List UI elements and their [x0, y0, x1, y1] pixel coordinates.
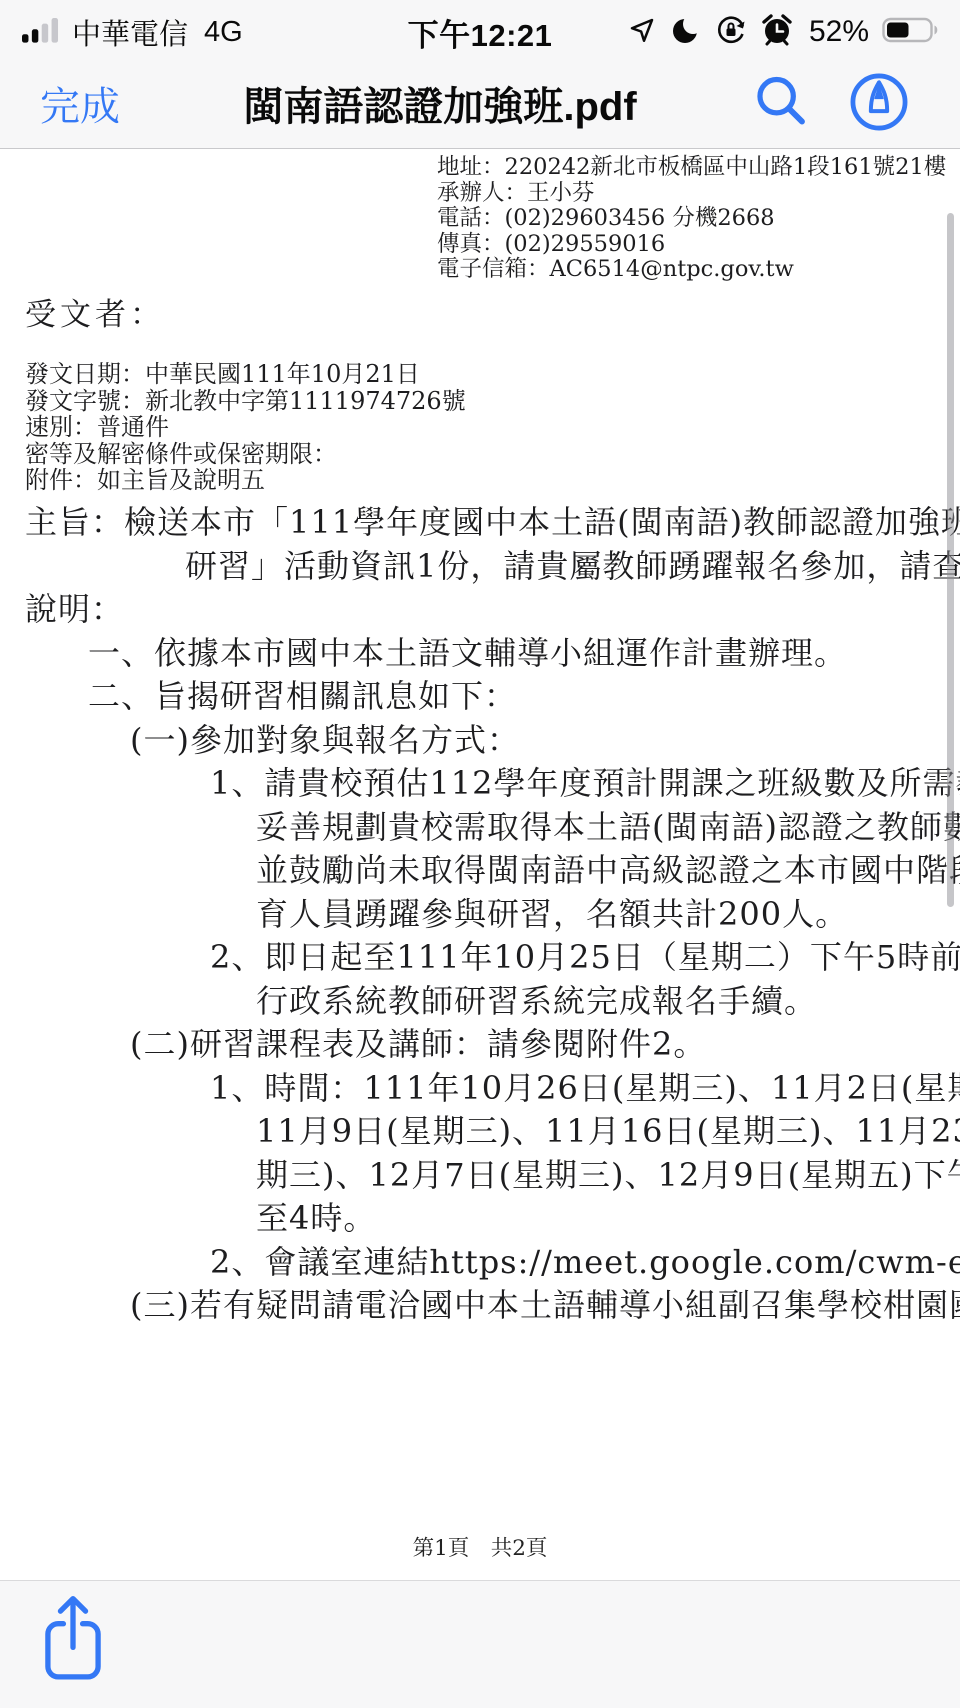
doc-line: 1、時間：111年10月26日(星期三)、11月2日(星期三)、 [210, 1067, 960, 1111]
document-title: 閩南語認證加強班.pdf [146, 75, 734, 132]
signal-icon [22, 17, 60, 48]
network-type-label: 4G [204, 16, 243, 49]
doc-line: 並鼓勵尚未取得閩南語中高級認證之本市國中階段教 [256, 849, 960, 893]
markup-button[interactable] [848, 71, 910, 136]
pdf-page: 地址：220242新北市板橋區中山路1段161號21樓 承辦人：王小芬 電話：(… [0, 149, 960, 1580]
doc-line: 11月9日(星期三)、11月16日(星期三)、11月23日(星 [256, 1110, 960, 1154]
orientation-lock-icon [715, 14, 747, 51]
top-chrome: 中華電信 4G 下午12:21 [0, 0, 960, 149]
doc-line: 期三)、12月7日(星期三)、12月9日(星期五)下午1時 [256, 1154, 960, 1198]
document-body: 主旨：檢送本市「111學年度國中本土語(閩南語)教師認證加強班 研習」活動資訊1… [0, 501, 960, 1328]
done-button[interactable]: 完成 [40, 75, 120, 132]
search-icon [752, 73, 810, 134]
nav-bar: 完成 閩南語認證加強班.pdf [0, 58, 960, 148]
doc-line: (二)研習課程表及講師：請參閱附件2。 [130, 1023, 960, 1067]
contact-line: 傳真：(02)29559016 [437, 232, 946, 258]
meta-line: 發文字號：新北教中字第1111974726號 [25, 388, 466, 415]
contact-line: 電話：(02)29603456 分機2668 [437, 206, 946, 232]
doc-line: 至4時。 [256, 1197, 960, 1241]
meta-block: 發文日期：中華民國111年10月21日 發文字號：新北教中字第111197472… [25, 361, 466, 494]
contact-line: 承辦人：王小芬 [437, 181, 946, 207]
doc-line: 育人員踴躍參與研習，名額共計200人。 [256, 893, 960, 937]
location-icon [627, 15, 657, 50]
doc-line: 主旨：檢送本市「111學年度國中本土語(閩南語)教師認證加強班 [25, 501, 960, 545]
meta-line: 密等及解密條件或保密期限： [25, 441, 466, 468]
battery-icon [882, 16, 940, 49]
page-number-footer: 第1頁 共2頁 [0, 1531, 960, 1562]
doc-line: (三)若有疑問請電洽國中本土語輔導小組副召集學校柑園國中 [130, 1284, 960, 1328]
meta-line: 速別：普通件 [25, 414, 466, 441]
doc-line: 說明： [25, 588, 960, 632]
contact-block: 地址：220242新北市板橋區中山路1段161號21樓 承辦人：王小芬 電話：(… [437, 155, 946, 283]
moon-icon [670, 14, 702, 51]
doc-line: 妥善規劃貴校需取得本土語(閩南語)認證之教師數， [256, 806, 960, 850]
meta-line: 附件：如主旨及說明五 [25, 467, 466, 494]
doc-line: 行政系統教師研習系統完成報名手續。 [256, 980, 960, 1024]
share-icon [42, 1671, 104, 1686]
carrier-label: 中華電信 [72, 12, 188, 53]
scrollbar[interactable] [947, 213, 954, 907]
contact-line: 地址：220242新北市板橋區中山路1段161號21樓 [437, 155, 946, 181]
markup-icon [848, 71, 910, 136]
alarm-icon [760, 13, 794, 52]
battery-percent-label: 52% [809, 15, 869, 49]
search-button[interactable] [752, 73, 810, 134]
contact-line: 電子信箱：AC6514@ntpc.gov.tw [437, 257, 946, 283]
doc-line: 2、會議室連結https://meet.google.com/cwm-eerf-… [210, 1241, 960, 1285]
doc-line: 一、依據本市國中本土語文輔導小組運作計畫辦理。 [88, 632, 960, 676]
bottom-toolbar [0, 1580, 960, 1708]
doc-line: 研習」活動資訊1份，請貴屬教師踴躍報名參加，請查照。 [185, 545, 960, 589]
doc-line: (一)參加對象與報名方式： [130, 719, 960, 763]
meta-line: 發文日期：中華民國111年10月21日 [25, 361, 466, 388]
status-bar: 中華電信 4G 下午12:21 [0, 0, 960, 58]
doc-line: 二、旨揭研習相關訊息如下： [88, 675, 960, 719]
recipient-label: 受文者： [25, 289, 165, 334]
status-time: 下午12:21 [408, 10, 553, 55]
doc-line: 2、即日起至111年10月25日（星期二）下午5時前至校務 [210, 936, 960, 980]
status-right: 52% [627, 13, 940, 52]
status-left: 中華電信 4G [22, 12, 243, 53]
doc-line: 1、請貴校預估112學年度預計開課之班級數及所需教師數 [210, 762, 960, 806]
share-button[interactable] [42, 1591, 104, 1686]
